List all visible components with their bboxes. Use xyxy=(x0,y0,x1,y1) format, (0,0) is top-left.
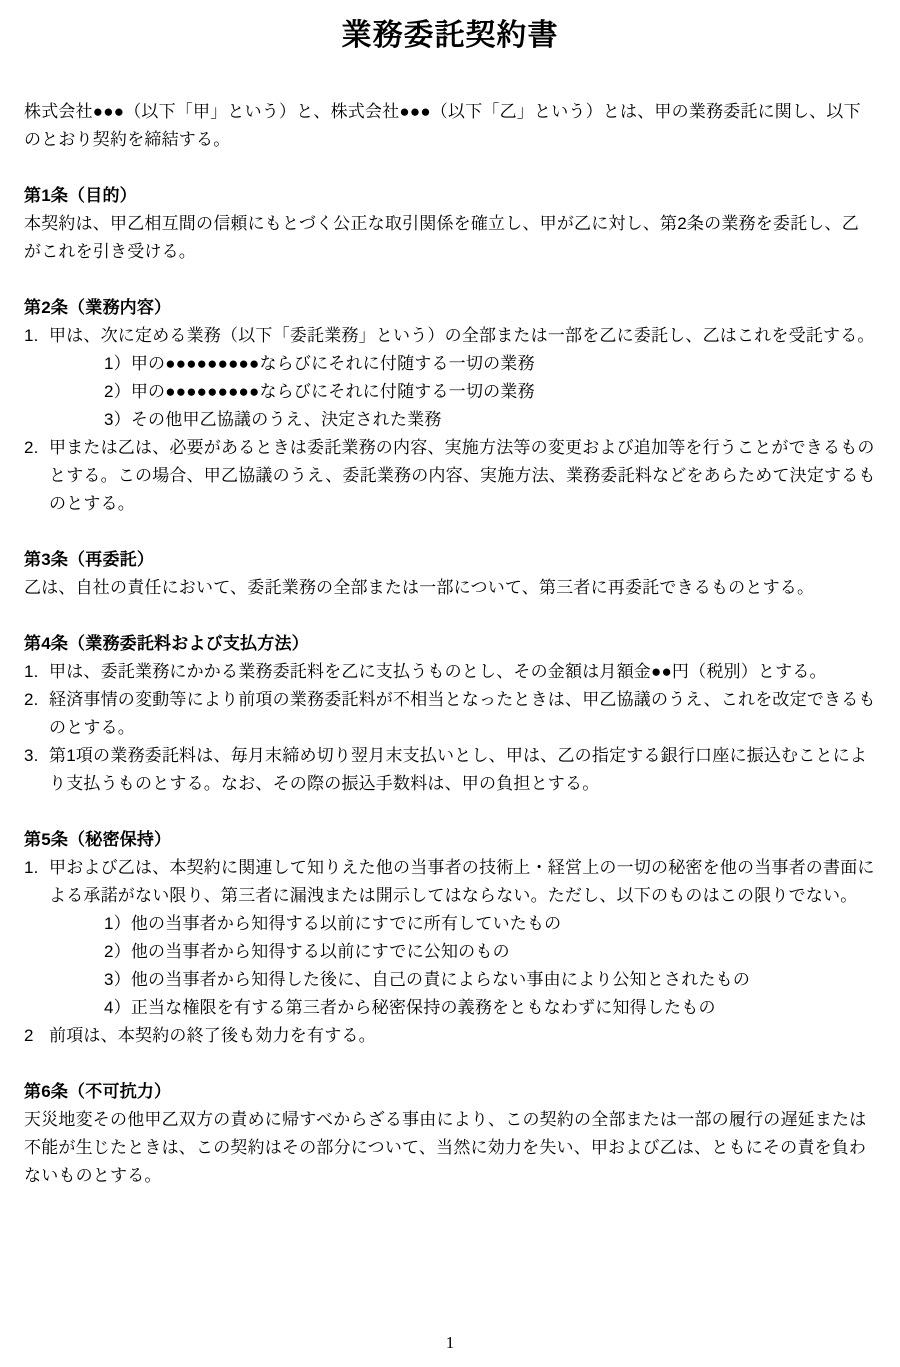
article-5-subitems: 1）他の当事者から知得する以前にすでに所有していたもの 2）他の当事者から知得す… xyxy=(24,910,876,1022)
item-text: 経済事情の変動等により前項の業務委託料が不相当となったときは、甲乙協議のうえ、こ… xyxy=(49,686,876,742)
item-text: 甲または乙は、必要があるときは委託業務の内容、実施方法等の変更および追加等を行う… xyxy=(49,434,876,518)
item-marker: 1. xyxy=(24,322,49,350)
article-4-fees-and-payment: 第4条（業務委託料および支払方法） 1. 甲は、委託業務にかかる業務委託料を乙に… xyxy=(24,630,876,798)
contract-content: 業務委託契約書 株式会社●●●（以下「甲」という）と、株式会社●●●（以下「乙」… xyxy=(0,0,900,1190)
article-1-heading: 第1条（目的） xyxy=(24,182,876,210)
article-6-force-majeure: 第6条（不可抗力） 天災地変その他甲乙双方の責めに帰すべからざる事由により、この… xyxy=(24,1078,876,1190)
contract-page: 業務委託契約書 株式会社●●●（以下「甲」という）と、株式会社●●●（以下「乙」… xyxy=(0,0,900,1367)
article-2-item-2: 2. 甲または乙は、必要があるときは委託業務の内容、実施方法等の変更および追加等… xyxy=(24,434,876,518)
item-marker: 2. xyxy=(24,686,49,742)
item-marker: 2 xyxy=(24,1022,49,1050)
item-text: 甲および乙は、本契約に関連して知りえた他の当事者の技術上・経営上の一切の秘密を他… xyxy=(49,854,876,910)
article-2-heading: 第2条（業務内容） xyxy=(24,294,876,322)
preamble-paragraph: 株式会社●●●（以下「甲」という）と、株式会社●●●（以下「乙」という）とは、甲… xyxy=(24,98,876,154)
page-number: 1 xyxy=(446,1333,455,1352)
page-footer: 1 xyxy=(0,1333,900,1353)
article-2-subitem-3: 3）その他甲乙協議のうえ、決定された業務 xyxy=(24,406,876,434)
article-3-heading: 第3条（再委託） xyxy=(24,546,876,574)
article-4-item-1: 1. 甲は、委託業務にかかる業務委託料を乙に支払うものとし、その金額は月額金●●… xyxy=(24,658,876,686)
article-5-subitem-1: 1）他の当事者から知得する以前にすでに所有していたもの xyxy=(24,910,876,938)
item-marker: 2. xyxy=(24,434,49,518)
article-4-item-2: 2. 経済事情の変動等により前項の業務委託料が不相当となったときは、甲乙協議のう… xyxy=(24,686,876,742)
article-5-subitem-2: 2）他の当事者から知得する以前にすでに公知のもの xyxy=(24,938,876,966)
item-marker: 1. xyxy=(24,658,49,686)
article-4-heading: 第4条（業務委託料および支払方法） xyxy=(24,630,876,658)
article-5-item-1: 1. 甲および乙は、本契約に関連して知りえた他の当事者の技術上・経営上の一切の秘… xyxy=(24,854,876,910)
item-marker: 1. xyxy=(24,854,49,910)
article-5-confidentiality: 第5条（秘密保持） 1. 甲および乙は、本契約に関連して知りえた他の当事者の技術… xyxy=(24,826,876,1050)
article-3-body: 乙は、自社の責任において、委託業務の全部または一部について、第三者に再委託できる… xyxy=(24,574,876,602)
article-1-body: 本契約は、甲乙相互間の信頼にもとづく公正な取引関係を確立し、甲が乙に対し、第2条… xyxy=(24,210,876,266)
item-text: 前項は、本契約の終了後も効力を有する。 xyxy=(49,1022,876,1050)
document-title: 業務委託契約書 xyxy=(24,16,876,56)
item-marker: 3. xyxy=(24,742,49,798)
item-text: 第1項の業務委託料は、毎月末締め切り翌月末支払いとし、甲は、乙の指定する銀行口座… xyxy=(49,742,876,798)
article-4-item-3: 3. 第1項の業務委託料は、毎月末締め切り翌月末支払いとし、甲は、乙の指定する銀… xyxy=(24,742,876,798)
article-2-item-1: 1. 甲は、次に定める業務（以下「委託業務」という）の全部または一部を乙に委託し… xyxy=(24,322,876,350)
article-5-subitem-4: 4）正当な権限を有する第三者から秘密保持の義務をともなわずに知得したもの xyxy=(24,994,876,1022)
article-3-subcontracting: 第3条（再委託） 乙は、自社の責任において、委託業務の全部または一部について、第… xyxy=(24,546,876,602)
item-text: 甲は、次に定める業務（以下「委託業務」という）の全部または一部を乙に委託し、乙は… xyxy=(49,322,876,350)
article-2-scope-of-work: 第2条（業務内容） 1. 甲は、次に定める業務（以下「委託業務」という）の全部ま… xyxy=(24,294,876,518)
article-6-body: 天災地変その他甲乙双方の責めに帰すべからざる事由により、この契約の全部または一部… xyxy=(24,1106,876,1190)
article-6-heading: 第6条（不可抗力） xyxy=(24,1078,876,1106)
item-text: 甲は、委託業務にかかる業務委託料を乙に支払うものとし、その金額は月額金●●円（税… xyxy=(49,658,876,686)
article-5-heading: 第5条（秘密保持） xyxy=(24,826,876,854)
article-2-subitems: 1）甲の●●●●●●●●●ならびにそれに付随する一切の業務 2）甲の●●●●●●… xyxy=(24,350,876,434)
article-2-subitem-1: 1）甲の●●●●●●●●●ならびにそれに付随する一切の業務 xyxy=(24,350,876,378)
article-5-subitem-3: 3）他の当事者から知得した後に、自己の責によらない事由により公知とされたもの xyxy=(24,966,876,994)
article-5-item-2: 2 前項は、本契約の終了後も効力を有する。 xyxy=(24,1022,876,1050)
article-2-subitem-2: 2）甲の●●●●●●●●●ならびにそれに付随する一切の業務 xyxy=(24,378,876,406)
article-1-purpose: 第1条（目的） 本契約は、甲乙相互間の信頼にもとづく公正な取引関係を確立し、甲が… xyxy=(24,182,876,266)
